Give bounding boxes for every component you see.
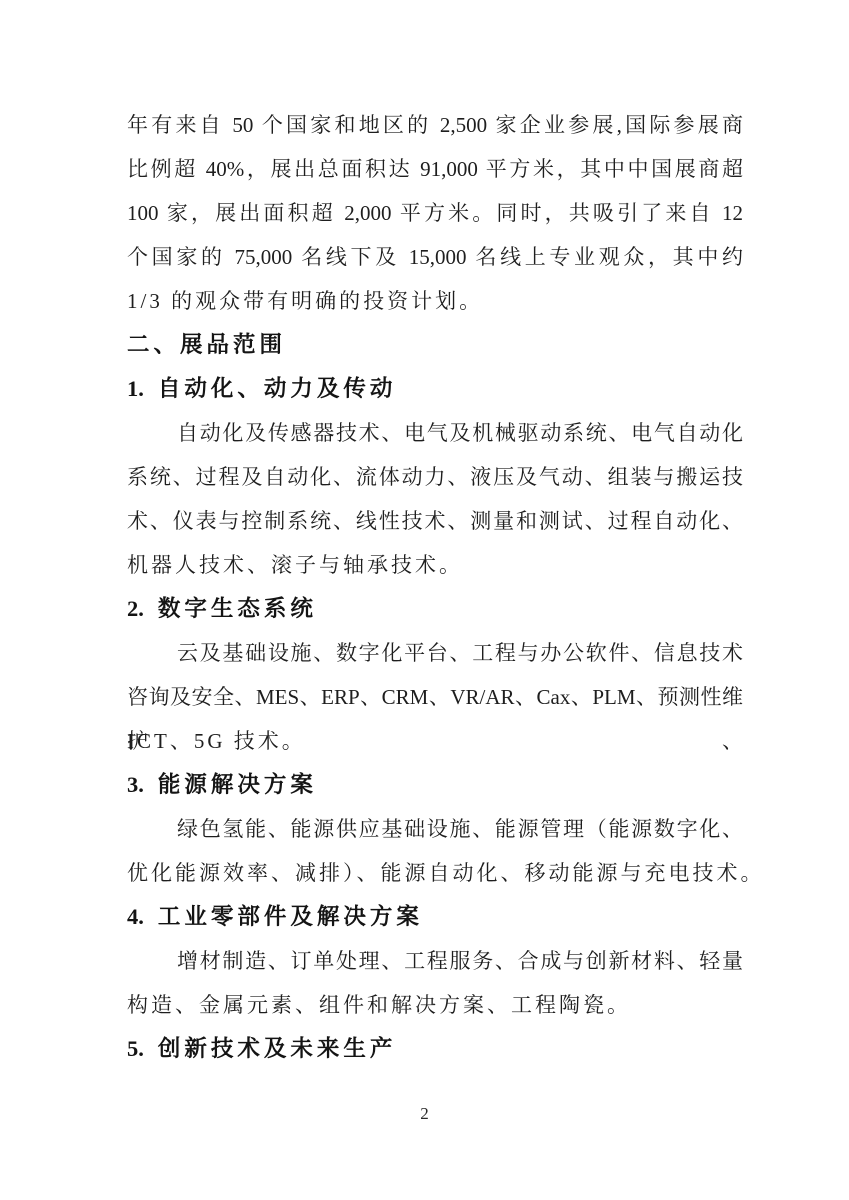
text-line: 年有来自 50 个国家和地区的 2,500 家企业参展,国际参展商 bbox=[127, 103, 743, 147]
category-heading-1: 1.自动化、动力及传动 bbox=[127, 367, 743, 411]
text-line: 优化能源效率、减排）、能源自动化、移动能源与充电技术。 bbox=[127, 851, 743, 895]
category-number: 3. bbox=[127, 763, 144, 807]
text-line: 咨询及安全、MES、ERP、CRM、VR/AR、Cax、PLM、预测性维护、 bbox=[127, 675, 743, 719]
text-line: 比例超 40%，展出总面积达 91,000 平方米，其中中国展商超 bbox=[127, 147, 743, 191]
text-line: 自动化及传感器技术、电气及机械驱动系统、电气自动化 bbox=[127, 411, 743, 455]
text-line: 系统、过程及自动化、流体动力、液压及气动、组装与搬运技 bbox=[127, 455, 743, 499]
category-heading-2: 2.数字生态系统 bbox=[127, 587, 743, 631]
category-title: 工业零部件及解决方案 bbox=[158, 904, 423, 929]
text-line: 术、仪表与控制系统、线性技术、测量和测试、过程自动化、 bbox=[127, 499, 743, 543]
text-line: 机器人技术、滚子与轴承技术。 bbox=[127, 543, 743, 587]
text-line: 个国家的 75,000 名线下及 15,000 名线上专业观众，其中约 bbox=[127, 235, 743, 279]
text-line: 构造、金属元素、组件和解决方案、工程陶瓷。 bbox=[127, 983, 743, 1027]
category-title: 数字生态系统 bbox=[158, 596, 317, 621]
category-number: 1. bbox=[127, 367, 144, 411]
text-line: 云及基础设施、数字化平台、工程与办公软件、信息技术 bbox=[127, 631, 743, 675]
text-line: 1/3 的观众带有明确的投资计划。 bbox=[127, 279, 743, 323]
page-number: 2 bbox=[0, 1104, 849, 1124]
category-title: 自动化、动力及传动 bbox=[158, 376, 397, 401]
category-title: 创新技术及未来生产 bbox=[158, 1036, 397, 1061]
category-heading-5: 5.创新技术及未来生产 bbox=[127, 1027, 743, 1071]
text-line: 增材制造、订单处理、工程服务、合成与创新材料、轻量 bbox=[127, 939, 743, 983]
category-heading-3: 3.能源解决方案 bbox=[127, 763, 743, 807]
section-heading: 二、展品范围 bbox=[127, 323, 743, 367]
text-line: 100 家，展出面积超 2,000 平方米。同时，共吸引了来自 12 bbox=[127, 191, 743, 235]
category-number: 4. bbox=[127, 895, 144, 939]
text-line: 绿色氢能、能源供应基础设施、能源管理（能源数字化、 bbox=[127, 807, 743, 851]
category-heading-4: 4.工业零部件及解决方案 bbox=[127, 895, 743, 939]
page-body: 年有来自 50 个国家和地区的 2,500 家企业参展,国际参展商 比例超 40… bbox=[127, 103, 743, 1071]
category-title: 能源解决方案 bbox=[158, 772, 317, 797]
category-number: 2. bbox=[127, 587, 144, 631]
document-page: 年有来自 50 个国家和地区的 2,500 家企业参展,国际参展商 比例超 40… bbox=[0, 0, 849, 1200]
category-number: 5. bbox=[127, 1027, 144, 1071]
